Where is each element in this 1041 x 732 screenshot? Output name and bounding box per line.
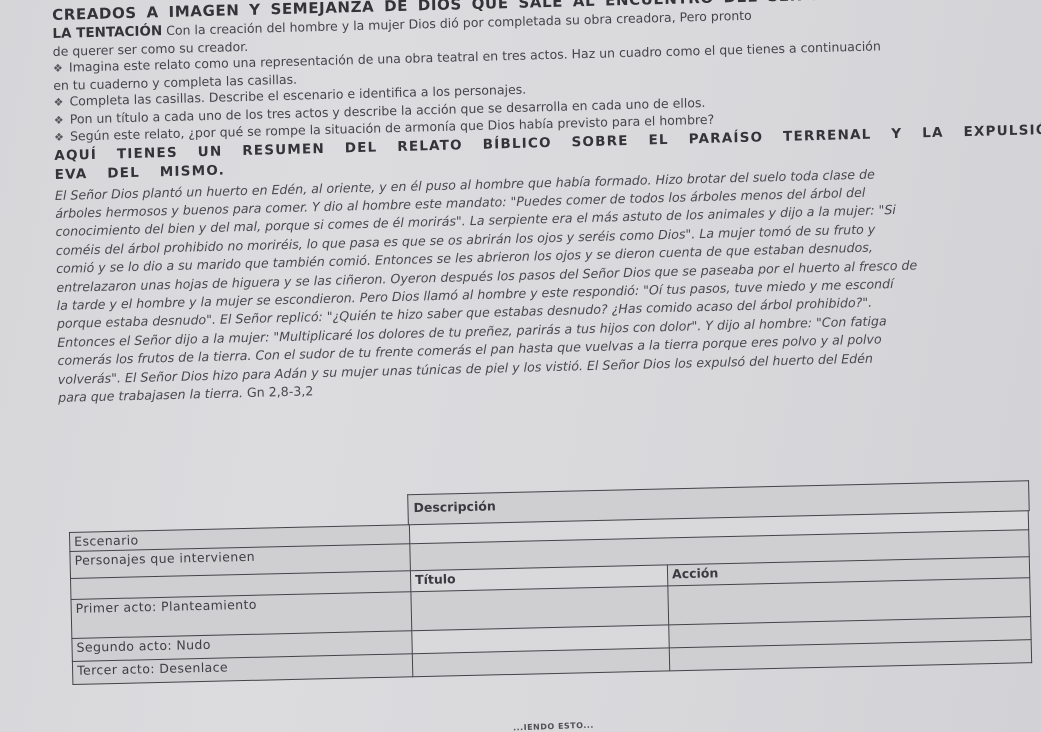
diamond-bullet-icon: ❖ [53, 95, 69, 112]
story-last-text: para que trabajasen la tierra. [58, 385, 247, 405]
act1-title-cell[interactable] [411, 586, 669, 631]
drama-table: Descripción Escenario Personajes que int… [68, 468, 1032, 690]
worksheet-text: CREADOS A IMAGEN Y SEMEJANZA DE DIOS QUE… [52, 0, 1018, 407]
cut-off-footer-text: ...IENDO ESTO... [513, 721, 594, 732]
worksheet-photo: CREADOS A IMAGEN Y SEMEJANZA DE DIOS QUE… [0, 0, 1041, 732]
act3-title-cell[interactable] [412, 648, 669, 677]
bible-reference: Gn 2,8-3,2 [247, 383, 314, 400]
section-title-tentacion: LA TENTACIÓN [52, 23, 162, 42]
description-header: Descripción [413, 498, 496, 515]
bible-story-summary: El Señor Dios plantó un huerto en Edén, … [55, 161, 1013, 407]
drama-acts-table: Escenario Personajes que intervienen Tít… [69, 510, 1032, 685]
diamond-bullet-icon: ❖ [54, 112, 70, 129]
diamond-bullet-icon: ❖ [54, 130, 70, 147]
diamond-bullet-icon: ❖ [53, 61, 69, 78]
